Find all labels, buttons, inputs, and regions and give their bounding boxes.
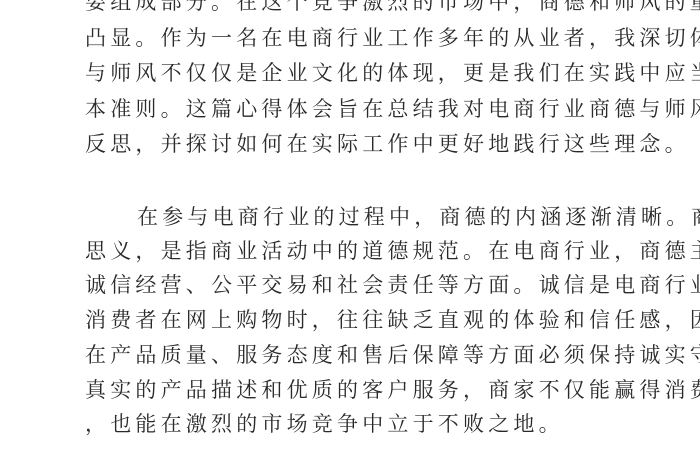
paragraph-1-line-2: 凸显。作为一名在电商行业工作多年的从业者，我深切体会到商德 [85, 23, 615, 53]
paragraph-2-line-3: 诚信经营、公平交易和社会责任等方面。诚信是电商行业的基石。 [85, 270, 615, 300]
paragraph-2-line-1: 在参与电商行业的过程中，商德的内涵逐渐清晰。商德，顾名 [137, 202, 615, 232]
paragraph-2-line-6: 真实的产品描述和优质的客户服务，商家不仅能赢得消费者的信任 [85, 375, 615, 405]
paragraph-2-line-2: 思义，是指商业活动中的道德规范。在电商行业，商德主要体现在 [85, 236, 615, 266]
paragraph-1-line-5: 反思，并探讨如何在实际工作中更好地践行这些理念。 [85, 129, 615, 159]
paragraph-2-line-4: 消费者在网上购物时，往往缺乏直观的体验和信任感，因此，商家 [85, 305, 615, 335]
paragraph-2-line-7: ，也能在激烈的市场竞争中立于不败之地。 [85, 409, 615, 439]
paragraph-2-line-5: 在产品质量、服务态度和售后保障等方面必须保持诚实守信。通过 [85, 340, 615, 370]
paragraph-1-line-1: 要组成部分。在这个竞争激烈的市场中，商德和师风的重要性愈发 [85, 0, 615, 17]
paragraph-1-line-4: 本准则。这篇心得体会旨在总结我对电商行业商德与师风的理解与 [85, 94, 615, 124]
document-page: 要组成部分。在这个竞争激烈的市场中，商德和师风的重要性愈发 凸显。作为一名在电商… [0, 0, 700, 470]
paragraph-1-line-3: 与师风不仅仅是企业文化的体现，更是我们在实践中应当遵循的基 [85, 58, 615, 88]
